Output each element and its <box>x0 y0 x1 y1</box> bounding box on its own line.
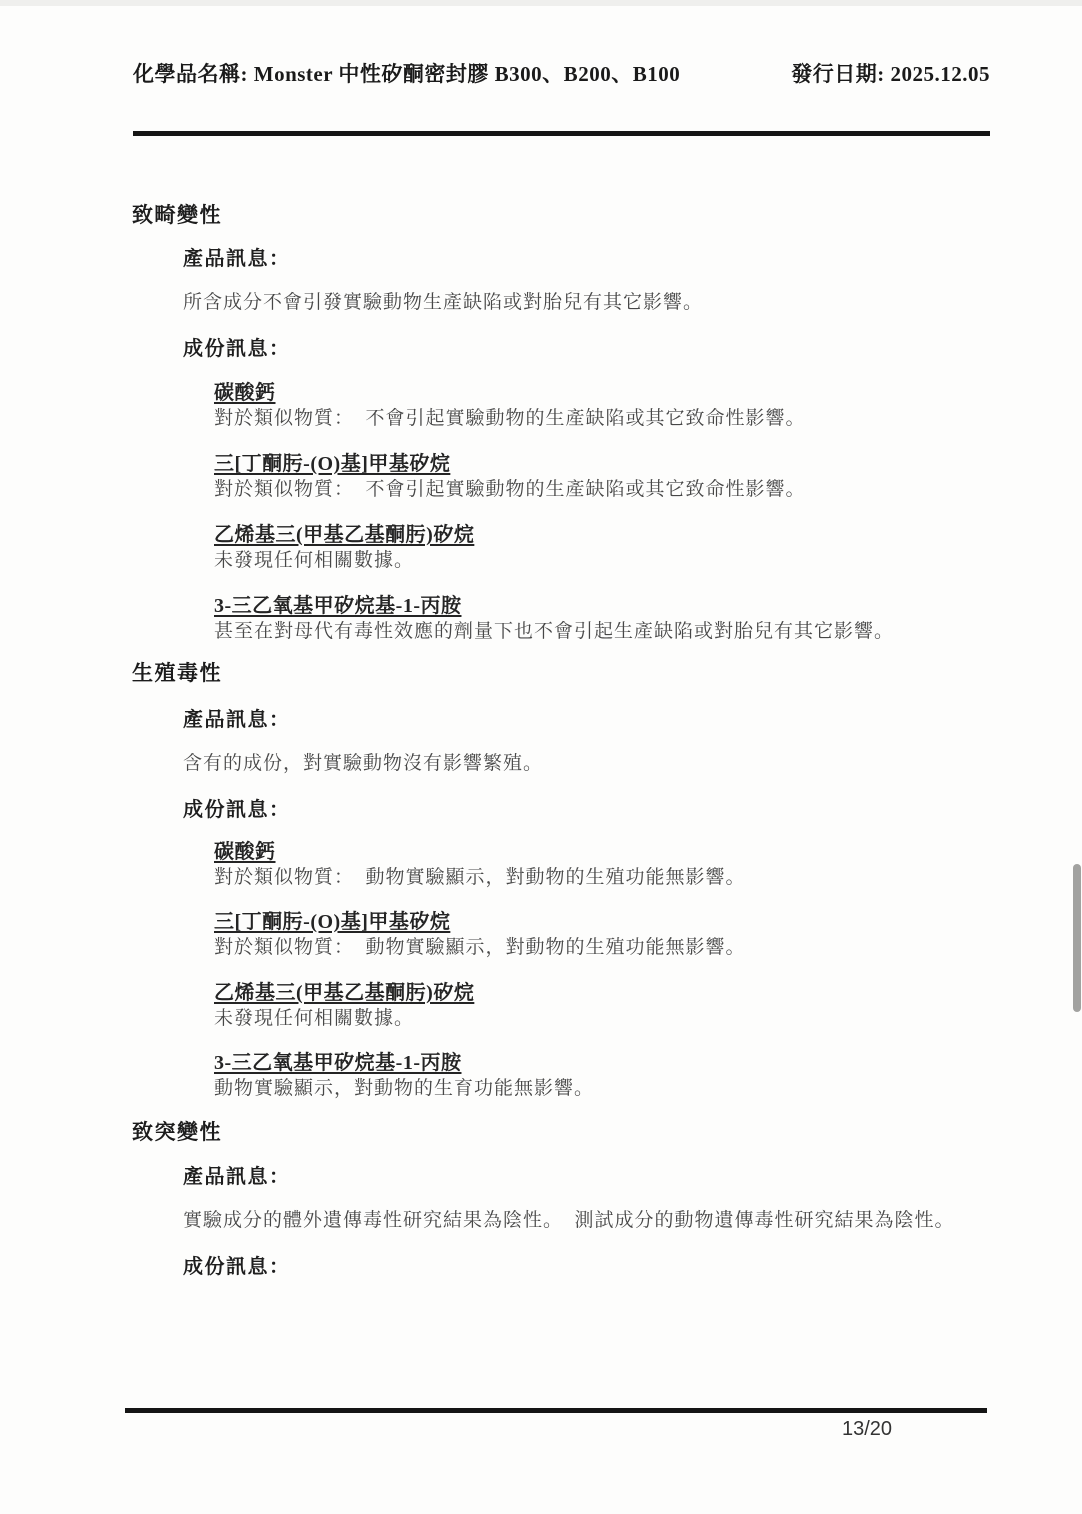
document-header-title: 化學品名稱: Monster 中性矽酮密封膠 B300、B200、B100 <box>133 62 680 87</box>
component-info-label: 成份訊息： <box>183 337 291 361</box>
page-number: 13/20 <box>842 1417 892 1441</box>
chemical-name-heading: 3-三乙氧基甲矽烷基-1-丙胺 <box>214 594 461 618</box>
section-title-teratogenicity: 致畸變性 <box>132 203 222 228</box>
document-header-date: 發行日期: 2025.12.05 <box>791 62 990 87</box>
chemical-info-text: 對於類似物質： 動物實驗顯示，對動物的生殖功能無影響。 <box>214 867 746 890</box>
chemical-name-label: 化學品名稱: <box>133 62 254 86</box>
chemical-info-text: 動物實驗顯示，對動物的生育功能無影響。 <box>214 1078 594 1101</box>
product-info-text: 含有的成份，對實驗動物沒有影響繁殖。 <box>183 753 543 776</box>
chemical-info-text: 對於類似物質： 動物實驗顯示，對動物的生殖功能無影響。 <box>214 937 746 960</box>
chemical-name-heading: 碳酸鈣 <box>214 381 276 405</box>
footer-divider-rule <box>125 1408 987 1413</box>
chemical-info-text: 對於類似物質： 不會引起實驗動物的生產缺陷或其它致命性影響。 <box>214 408 806 431</box>
product-info-label: 產品訊息： <box>183 1165 291 1189</box>
product-info-label: 產品訊息： <box>183 708 291 732</box>
chemical-name-heading: 三[丁酮肟-(O)基]甲基矽烷 <box>214 910 450 934</box>
section-title-reproductive-toxicity: 生殖毒性 <box>132 661 222 686</box>
chemical-info-text: 甚至在對母代有毒性效應的劑量下也不會引起生產缺陷或對胎兒有其它影響。 <box>214 621 894 644</box>
chemical-name-heading: 乙烯基三(甲基乙基酮肟)矽烷 <box>214 523 474 547</box>
issue-date-label: 發行日期: <box>791 62 890 86</box>
component-info-label: 成份訊息： <box>183 1255 291 1279</box>
chemical-name-heading: 乙烯基三(甲基乙基酮肟)矽烷 <box>214 981 474 1005</box>
chemical-name-heading: 碳酸鈣 <box>214 840 276 864</box>
chemical-info-text: 對於類似物質： 不會引起實驗動物的生產缺陷或其它致命性影響。 <box>214 479 806 502</box>
page-top-edge <box>0 0 1082 6</box>
chemical-info-text: 未發現任何相關數據。 <box>214 1008 414 1031</box>
vertical-scrollbar-thumb[interactable] <box>1073 864 1081 1012</box>
product-info-label: 產品訊息： <box>183 247 291 271</box>
component-info-label: 成份訊息： <box>183 798 291 822</box>
product-info-text: 所含成分不會引發實驗動物生產缺陷或對胎兒有其它影響。 <box>183 292 703 315</box>
chemical-name-value: Monster 中性矽酮密封膠 B300、B200、B100 <box>254 62 680 86</box>
chemical-info-text: 未發現任何相關數據。 <box>214 550 414 573</box>
issue-date-value: 2025.12.05 <box>891 62 991 86</box>
header-divider-rule <box>133 131 990 136</box>
chemical-name-heading: 三[丁酮肟-(O)基]甲基矽烷 <box>214 452 450 476</box>
chemical-name-heading: 3-三乙氧基甲矽烷基-1-丙胺 <box>214 1051 461 1075</box>
section-title-mutagenicity: 致突變性 <box>132 1120 222 1145</box>
product-info-text: 實驗成分的體外遺傳毒性研究結果為陰性。 測試成分的動物遺傳毒性研究結果為陰性。 <box>183 1210 955 1233</box>
